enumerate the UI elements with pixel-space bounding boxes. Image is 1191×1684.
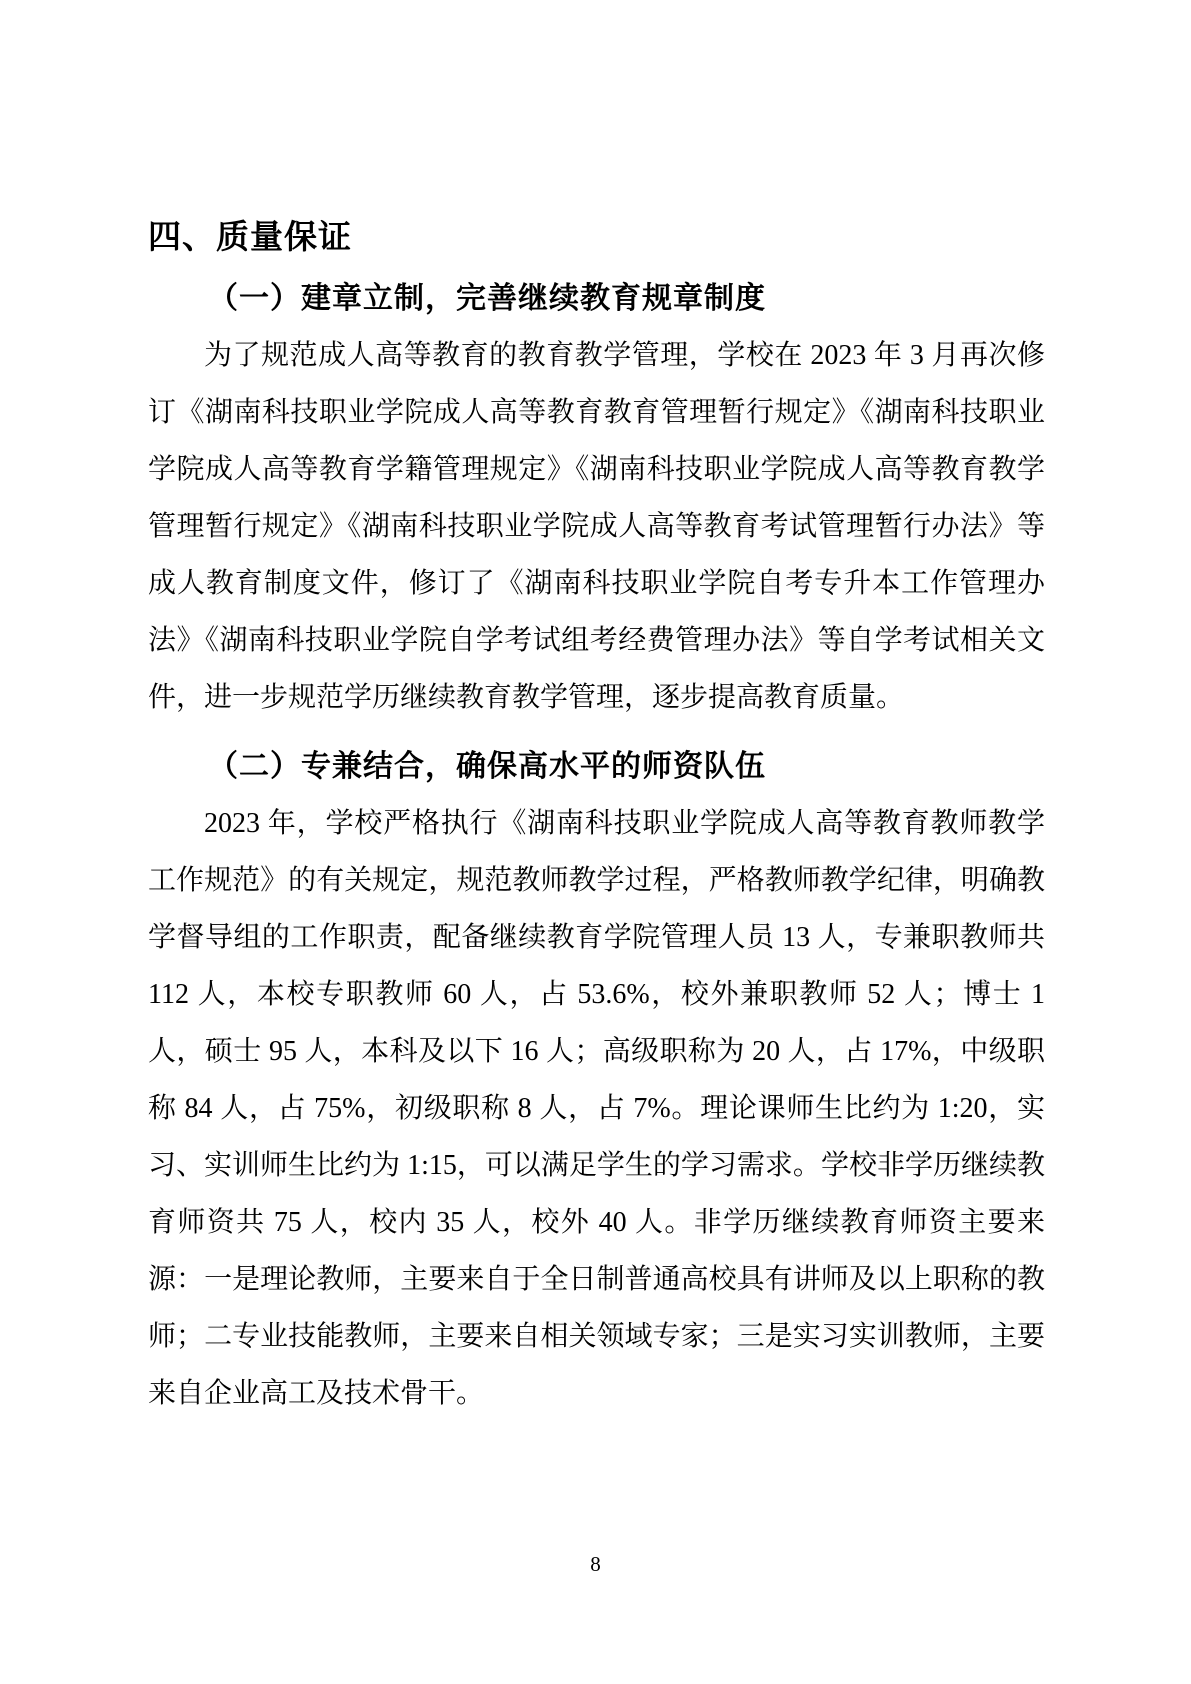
page-number: 8: [0, 1552, 1191, 1577]
subsection-2-heading: （二）专兼结合，确保高水平的师资队伍: [148, 738, 1045, 795]
subsection-2-paragraph: 2023 年，学校严格执行《湖南科技职业学院成人高等教育教师教学工作规范》的有关…: [148, 795, 1045, 1422]
page-content: 四、质量保证 （一）建章立制，完善继续教育规章制度 为了规范成人高等教育的教育教…: [0, 0, 1191, 1422]
subsection-1-paragraph: 为了规范成人高等教育的教育教学管理，学校在 2023 年 3 月再次修订《湖南科…: [148, 327, 1045, 726]
document-page: 四、质量保证 （一）建章立制，完善继续教育规章制度 为了规范成人高等教育的教育教…: [0, 0, 1191, 1684]
section-heading: 四、质量保证: [148, 216, 1045, 258]
subsection-1-heading: （一）建章立制，完善继续教育规章制度: [148, 270, 1045, 327]
